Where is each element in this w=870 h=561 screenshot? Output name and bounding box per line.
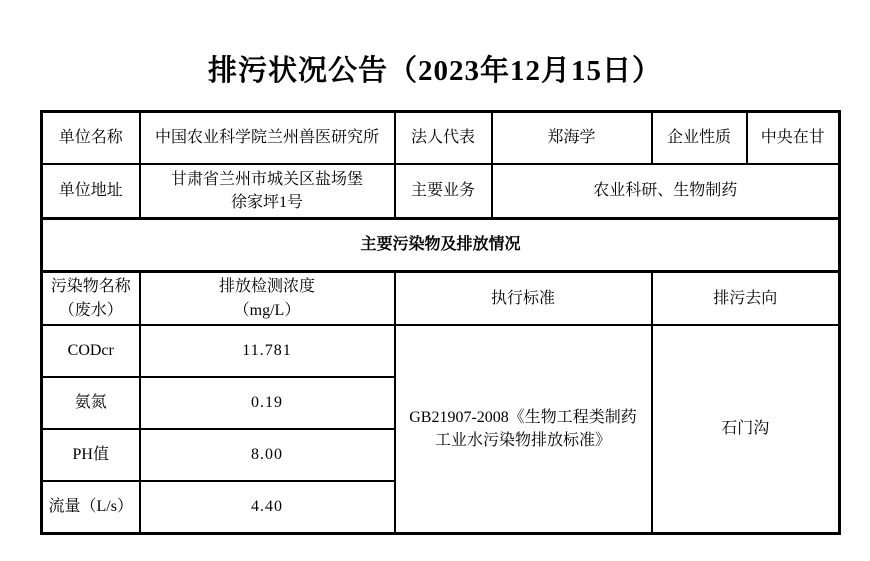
standard-value-cell: GB21907-2008《生物工程类制药 工业水污染物排放标准》: [395, 325, 652, 534]
concentration-header-cell: 排放检测浓度 （mg/L）: [140, 272, 395, 326]
company-name-cell: 中国农业科学院兰州兽医研究所: [140, 112, 395, 165]
pollutant-value-cell: 11.781: [140, 325, 395, 377]
legal-rep-label-cell: 法人代表: [395, 112, 492, 165]
table-row-company: 单位名称 中国农业科学院兰州兽医研究所 法人代表 郑海学 企业性质 中央在甘: [42, 112, 840, 165]
table-row-pollutant-headers: 污染物名称 （废水） 排放检测浓度 （mg/L） 执行标准 排污去向: [42, 272, 840, 326]
pollutant-value-cell: 8.00: [140, 429, 395, 481]
nature-label-cell: 企业性质: [652, 112, 747, 165]
table-row-section-header: 主要污染物及排放情况: [42, 219, 840, 272]
business-label-cell: 主要业务: [395, 164, 492, 219]
address-cell: 甘肃省兰州市城关区盐场堡 徐家坪1号: [140, 164, 395, 219]
announcement-page: 排污状况公告（2023年12月15日） 单位名称 中国农业科学院兰州兽医研究所 …: [0, 0, 870, 561]
legal-rep-cell: 郑海学: [492, 112, 652, 165]
announcement-table: 单位名称 中国农业科学院兰州兽医研究所 法人代表 郑海学 企业性质 中央在甘 单…: [40, 110, 841, 535]
pollutant-name-cell: 流量（L/s）: [42, 481, 140, 534]
pollutant-value-cell: 0.19: [140, 377, 395, 429]
nature-cell: 中央在甘: [747, 112, 840, 165]
business-cell: 农业科研、生物制药: [492, 164, 840, 219]
table-row-address: 单位地址 甘肃省兰州市城关区盐场堡 徐家坪1号 主要业务 农业科研、生物制药: [42, 164, 840, 219]
page-title: 排污状况公告（2023年12月15日）: [0, 48, 870, 89]
pollutant-name-cell: CODcr: [42, 325, 140, 377]
section-title-cell: 主要污染物及排放情况: [42, 219, 840, 272]
standard-header-cell: 执行标准: [395, 272, 652, 326]
address-label-cell: 单位地址: [42, 164, 140, 219]
destination-value-cell: 石门沟: [652, 325, 840, 534]
table-row-codcr: CODcr 11.781 GB21907-2008《生物工程类制药 工业水污染物…: [42, 325, 840, 377]
pollutant-value-cell: 4.40: [140, 481, 395, 534]
pollutant-name-header-cell: 污染物名称 （废水）: [42, 272, 140, 326]
company-name-label-cell: 单位名称: [42, 112, 140, 165]
destination-header-cell: 排污去向: [652, 272, 840, 326]
pollutant-name-cell: PH值: [42, 429, 140, 481]
pollutant-name-cell: 氨氮: [42, 377, 140, 429]
